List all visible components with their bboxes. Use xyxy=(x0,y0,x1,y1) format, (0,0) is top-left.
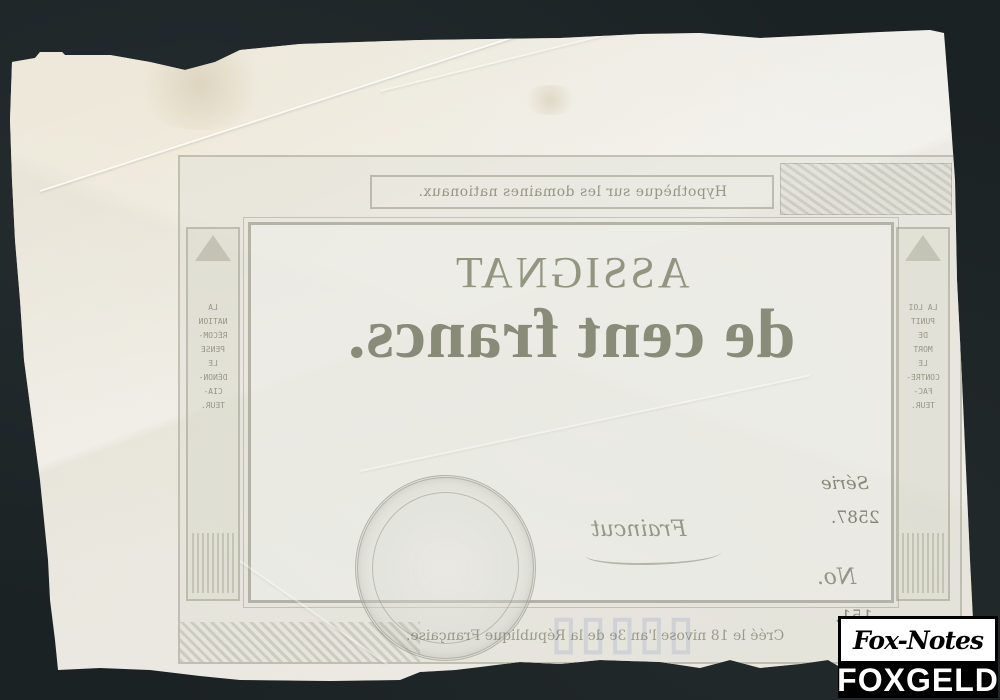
column-base-ornament xyxy=(902,533,944,593)
right-side-panel: LA LOI PUNIT DE MORT LE CONTRE- FAC- TEU… xyxy=(896,227,950,601)
watermark-logo: Fox-Notes FOXGELD xyxy=(838,616,998,698)
right-panel-text: LA LOI PUNIT DE MORT LE CONTRE- FAC- TEU… xyxy=(898,301,948,413)
footer-text: Créé le 18 nivose l'an 3e de la Républiq… xyxy=(300,628,890,644)
signature: Fraincut xyxy=(591,517,686,542)
central-frame: ASSIGNAT de cent francs. Fraincut Série … xyxy=(248,222,894,603)
signature-flourish xyxy=(586,543,721,565)
banknote-paper: Hypothèque sur les domaines nationaux. L… xyxy=(0,0,1000,700)
header-label-box: Hypothèque sur les domaines nationaux. xyxy=(370,175,774,209)
logo-foxgeld: FOXGELD xyxy=(838,662,998,698)
note-title: ASSIGNAT xyxy=(251,247,891,298)
logo-fox-notes: Fox-Notes xyxy=(841,619,995,661)
series-label: Série xyxy=(821,473,869,494)
number-label: No. xyxy=(817,565,856,590)
note-denomination: de cent francs. xyxy=(251,295,891,375)
left-panel-text: LA NATION RÉCOM- PENSE LE DÉNON- CIA- TE… xyxy=(188,301,238,413)
triangle-ornament-icon xyxy=(905,235,941,261)
triangle-ornament-icon xyxy=(195,235,231,261)
column-base-ornament xyxy=(192,533,234,593)
engraved-vignette xyxy=(780,163,952,215)
printed-design: Hypothèque sur les domaines nationaux. L… xyxy=(178,155,962,664)
paper-stain xyxy=(520,85,580,115)
series-number: 2587. xyxy=(831,508,880,528)
left-side-panel: LA NATION RÉCOM- PENSE LE DÉNON- CIA- TE… xyxy=(186,227,240,601)
header-label: Hypothèque sur les domaines nationaux. xyxy=(418,184,727,200)
